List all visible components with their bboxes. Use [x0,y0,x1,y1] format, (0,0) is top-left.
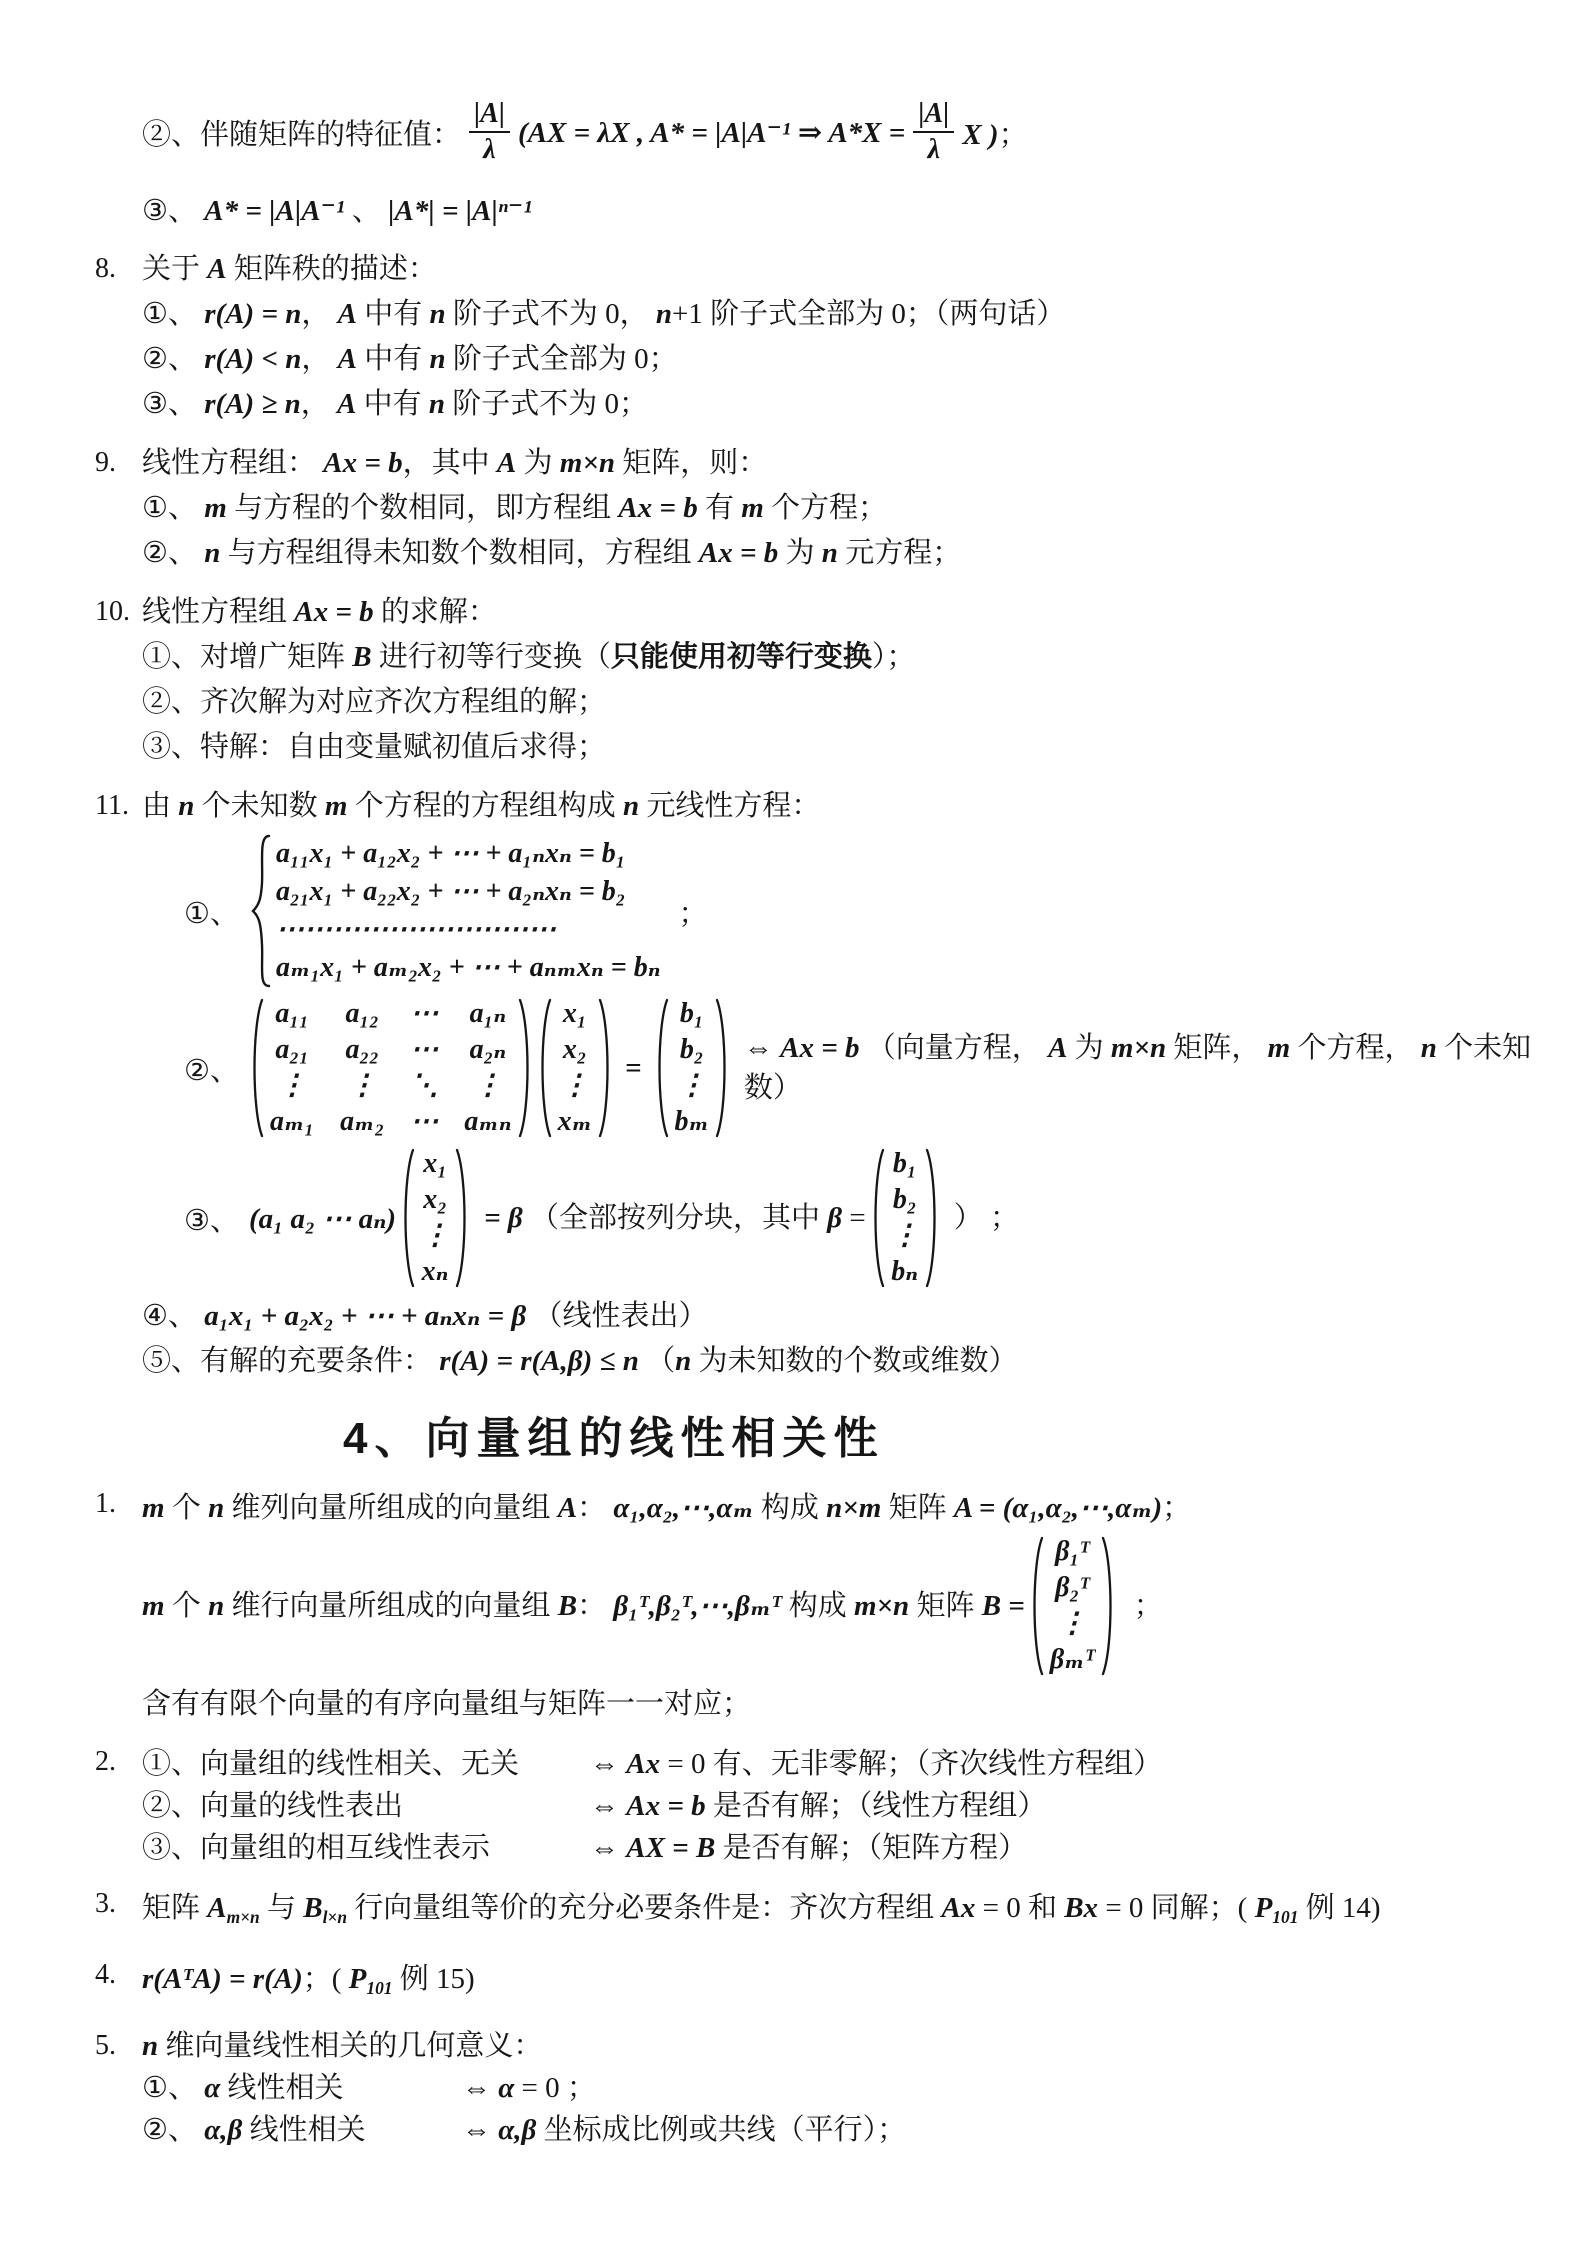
brace-left-icon [249,833,272,989]
paren-left-icon [249,997,266,1139]
equivalence-row-2-right: ⇔ Ax = b 是否有解；（线性方程组） [590,1787,1046,1825]
geometric-row-1-right: ⇔ α = 0 ； [462,2069,596,2107]
fraction-numerator: |A| [469,98,510,133]
equation-system-end: ； [679,891,708,932]
item-number-blank [95,98,142,236]
sec4-item-5: 5. n 维向量线性相关的几何意义： ①、 α 线性相关 ⇔ α = 0 ； ②… [95,2025,1532,2153]
item-8-sub-2: ②、 r(A) < n， A 中有 n 阶子式全部为 0； [142,340,1532,378]
item-10-sub-3: ③、特解：自由变量赋初值后求得； [142,728,1532,766]
item-11-matrix-form: ②、 a₁₁a₁₂⋯a₁ₙa₂₁a₂₂⋯a₂ₙ⋮⋮⋱⋮aₘ₁aₘ₂⋯aₘₙ x₁… [142,997,1532,1139]
b-vector: b₁b₂⋮bₘ [675,999,709,1137]
item-8: 8. 关于 A 矩阵秩的描述： ①、 r(A) = n， A 中有 n 阶子式不… [95,248,1532,430]
equivalence-row-3-left: ③、向量组的相互线性表示 [142,1829,590,1867]
paren-right-icon [596,997,613,1139]
item-10: 10. 线性方程组 Ax = b 的求解： ①、对增广矩阵 B 进行初等行变换（… [95,591,1532,773]
item-11-column-block-form: ③、 (a₁ a₂ ⋯ aₙ) x₁x₂⋮xₙ = β （全部按列分块，其中 β… [142,1147,1532,1289]
item-11-title: 由 n 个未知数 m 个方程的方程组构成 n 元线性方程： [142,787,1532,825]
equivalence-row-2-left: ②、向量的线性表出 [142,1787,590,1825]
row-vector-group-end: ； [1134,1587,1163,1625]
sec4-item-4: 4. r(AᵀA) = r(A)；( P101 例 15) [95,1954,1532,2013]
adjoint-eigenvalue-formula-end: X )； [962,112,1027,153]
equivalence-row-1-right: ⇔ Ax = 0 有、无非零解；（齐次线性方程组） [590,1745,1162,1783]
equation-system-lines: a₁₁x₁ + a₁₂x₂ + ⋯ + a₁ₙxₙ = b₁a₂₁x₁ + a₂… [276,837,661,985]
item-9-number: 9. [95,442,142,579]
paren-right-icon [516,997,533,1139]
equivalence-row-2: ②、向量的线性表出 ⇔ Ax = b 是否有解；（线性方程组） [142,1787,1532,1825]
sec4-item-2-number: 2. [95,1741,142,1871]
sec4-item-2: 2. ①、向量组的线性相关、无关 ⇔ Ax = 0 有、无非零解；（齐次线性方程… [95,1741,1532,1871]
fraction-numerator: |A| [913,98,954,133]
paren-left-icon [870,1147,887,1289]
item-8-number: 8. [95,248,142,430]
matrix-form-tail: ⇔ Ax = b （向量方程， A 为 m×n 矩阵， m 个方程， n 个未知… [744,1028,1532,1108]
item-8-sub-3: ③、 r(A) ≥ n， A 中有 n 阶子式不为 0； [142,385,1532,423]
item-10-sub-2: ②、齐次解为对应齐次方程组的解； [142,683,1532,721]
column-vector-group-line: m 个 n 维列向量所组成的向量组 A： α₁,α₂,⋯,αₘ 构成 n×m 矩… [142,1489,1532,1527]
item-9-sub-2: ②、 n 与方程组得未知数个数相同，方程组 Ax = b 为 n 元方程； [142,534,1532,572]
equivalence-row-3: ③、向量组的相互线性表示 ⇔ AX = B 是否有解；（矩阵方程） [142,1829,1532,1867]
beta-vector: b₁b₂⋮bₙ [891,1149,919,1287]
row-vector-group-line: m 个 n 维行向量所组成的向量组 B： β₁ᵀ,β₂ᵀ,⋯,βₘᵀ 构成 m×… [142,1535,1532,1677]
sec4-item-4-number: 4. [95,1954,142,2013]
paren-left-icon [537,997,554,1139]
item-10-sub-1: ①、对增广矩阵 B 进行初等行变换（只能使用初等行变换）； [142,638,1532,676]
beta-transpose-vector: β₁ᵀβ₂ᵀ⋮βₘᵀ [1050,1537,1095,1675]
row-vector-group-text: m 个 n 维行向量所组成的向量组 B： β₁ᵀ,β₂ᵀ,⋯,βₘᵀ 构成 m×… [142,1587,1025,1625]
fraction-detA-over-lambda: |A| λ [469,98,510,166]
correspondence-line: 含有有限个向量的有序向量组与矩阵一一对应； [142,1685,1532,1723]
item-8-title: 关于 A 矩阵秩的描述： [142,250,1532,288]
row-equivalence-condition-line: 矩阵 Am×n 与 Bl×n 行向量组等价的充分必要条件是：齐次方程组 Ax =… [142,1889,1532,1936]
row-vector: (a₁ a₂ ⋯ aₙ) [249,1201,396,1236]
item-8-sub-1: ①、 r(A) = n， A 中有 n 阶子式不为 0， n+1 阶子式全部为 … [142,295,1532,333]
sec4-item-1-number: 1. [95,1483,142,1729]
item-9-sub-1: ①、 m 与方程的个数相同，即方程组 Ax = b 有 m 个方程； [142,489,1532,527]
paren-left-icon [654,997,671,1139]
geometric-row-2-right: ⇔ α,β 坐标成比例或共线（平行）； [462,2111,906,2149]
equivalence-row-1-left: ①、向量组的线性相关、无关 [142,1745,590,1783]
item-11-sub-1-label: ①、 [184,891,239,932]
sec4-item-3-number: 3. [95,1883,142,1942]
fraction-detA-over-lambda-2: |A| λ [913,98,954,166]
item-11: 11. 由 n 个未知数 m 个方程的方程组构成 n 元线性方程： ①、 a₁₁… [95,785,1532,1387]
fraction-denominator: λ [483,133,495,166]
pre-item-adjoint-eigenvalue: ②、伴随矩阵的特征值： |A| λ (AX = λX , A* = |A|A⁻¹… [95,98,1532,236]
adjoint-eigenvalue-formula: (AX = λX , A* = |A|A⁻¹ ⇒ A*X = [518,115,905,150]
geometric-meaning-title: n 维向量线性相关的几何意义： [142,2027,1532,2065]
column-block-end: ） ； [954,1198,1019,1238]
coefficient-matrix: a₁₁a₁₂⋯a₁ₙa₂₁a₂₂⋯a₂ₙ⋮⋮⋱⋮aₘ₁aₘ₂⋯aₘₙ [270,999,512,1137]
paren-left-icon [400,1147,417,1289]
equivalence-row-3-right: ⇔ AX = B 是否有解；（矩阵方程） [590,1829,1027,1867]
item-10-title: 线性方程组 Ax = b 的求解： [142,593,1532,631]
sec4-item-1: 1. m 个 n 维列向量所组成的向量组 A： α₁,α₂,⋯,αₘ 构成 n×… [95,1483,1532,1729]
x-vector: x₁x₂⋮xₙ [421,1149,449,1287]
geometric-row-1-left: ①、 α 线性相关 [142,2069,462,2107]
item-11-sub-4: ④、 a₁x₁ + a₂x₂ + ⋯ + aₙxₙ = β （线性表出） [142,1297,1532,1335]
paren-left-icon [1029,1535,1046,1677]
sec4-item-3: 3. 矩阵 Am×n 与 Bl×n 行向量组等价的充分必要条件是：齐次方程组 A… [95,1883,1532,1942]
item-11-equation-system: ①、 a₁₁x₁ + a₁₂x₂ + ⋯ + a₁ₙxₙ = b₁a₂₁x₁ +… [142,833,1532,989]
paren-right-icon [1099,1535,1116,1677]
geometric-row-1: ①、 α 线性相关 ⇔ α = 0 ； [142,2069,1532,2107]
column-block-middle: = β （全部按列分块，其中 β = [484,1198,866,1238]
section-heading: 4、向量组的线性相关性 [343,1413,884,1465]
equals-sign: = [625,1052,642,1085]
item-11-sub-5: ⑤、有解的充要条件： r(A) = r(A,β) ≤ n （n 为未知数的个数或… [142,1342,1532,1380]
item-9-title: 线性方程组： Ax = b，其中 A 为 m×n 矩阵，则： [142,444,1532,482]
paren-right-icon [453,1147,470,1289]
item-11-sub-2-label: ②、 [184,1048,239,1089]
item-11-sub-3-label: ③、 [184,1198,239,1239]
geometric-row-2: ②、 α,β 线性相关 ⇔ α,β 坐标成比例或共线（平行）； [142,2111,1532,2149]
geometric-row-2-left: ②、 α,β 线性相关 [142,2111,462,2149]
sec4-item-5-number: 5. [95,2025,142,2153]
adjoint-eigenvalue-text: ②、伴随矩阵的特征值： [142,112,461,153]
page: ②、伴随矩阵的特征值： |A| λ (AX = λX , A* = |A|A⁻¹… [0,0,1587,2245]
equivalence-row-1: ①、向量组的线性相关、无关 ⇔ Ax = 0 有、无非零解；（齐次线性方程组） [142,1745,1532,1783]
fraction-denominator: λ [928,133,940,166]
paren-right-icon [923,1147,940,1289]
adjoint-determinant-line: ③、 A* = |A|A⁻¹ 、 |A*| = |A|ⁿ⁻¹ [142,192,1532,230]
paren-right-icon [713,997,730,1139]
item-10-number: 10. [95,591,142,773]
rank-ata-line: r(AᵀA) = r(A)；( P101 例 15) [142,1960,1532,2007]
x-vector: x₁x₂⋮xₘ [558,999,592,1137]
item-11-number: 11. [95,785,142,1387]
item-9: 9. 线性方程组： Ax = b，其中 A 为 m×n 矩阵，则： ①、 m 与… [95,442,1532,579]
adjoint-eigenvalue-line: ②、伴随矩阵的特征值： |A| λ (AX = λX , A* = |A|A⁻¹… [142,98,1532,166]
